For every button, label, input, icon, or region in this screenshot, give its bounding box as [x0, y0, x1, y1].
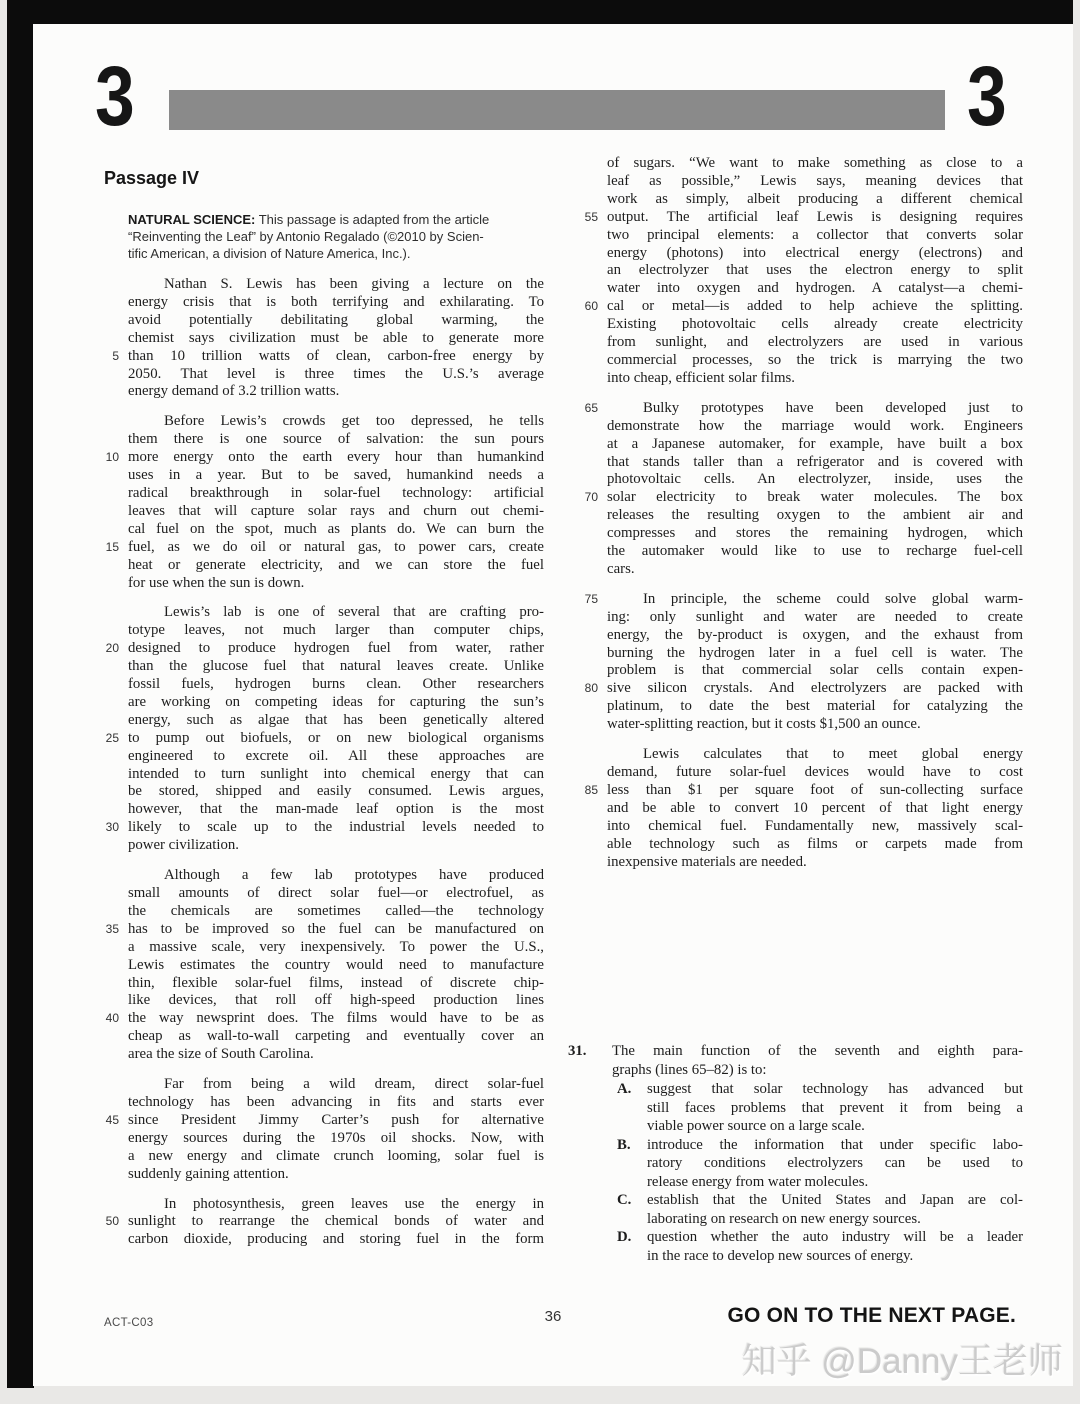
passage-line: 45since President Jimmy Carter’s push fo…	[89, 1112, 544, 1130]
option-line: viable power source on a large scale.	[647, 1117, 1023, 1136]
option-letter: C.	[617, 1192, 647, 1209]
passage-line: avoid potentially debilitating global wa…	[89, 312, 544, 330]
line-text: less than $1 per square foot of sun-coll…	[607, 782, 1023, 800]
line-text: compresses and stores the remaining hydr…	[607, 525, 1023, 543]
passage-line: cheap as wall-to-wall carpeting and even…	[89, 1028, 544, 1046]
question-stem-line: graphs (lines 65–82) is to:	[612, 1061, 1023, 1080]
passage-line: two principal elements: a collector that…	[568, 227, 1023, 245]
line-text: water-splitting reaction, but it costs $…	[607, 716, 1023, 734]
line-text: Lewis calculates that to meet global ene…	[607, 746, 1023, 764]
option-letter: D.	[617, 1229, 647, 1246]
option-line: still faces problems that prevent it fro…	[647, 1099, 1023, 1118]
passage-line: totype leaves, not much larger than comp…	[89, 622, 544, 640]
passage-line: cars.	[568, 561, 1023, 579]
line-text: demonstrate how the marriage would work.…	[607, 418, 1023, 436]
passage-line: 15fuel, as we do oil or natural gas, to …	[89, 539, 544, 557]
line-text: designed to produce hydrogen fuel from w…	[128, 640, 544, 658]
line-text: work as simply, albeit producing a diffe…	[607, 191, 1023, 209]
question-31: 31. The main function of the seventh and…	[568, 1042, 1023, 1265]
go-on-text: GO ON TO THE NEXT PAGE.	[727, 1304, 1016, 1328]
line-text: small amounts of direct solar fuel—or el…	[128, 885, 544, 903]
line-text: the way newsprint does. The films would …	[128, 1010, 544, 1028]
line-text: platinum, to date the best material for …	[607, 698, 1023, 716]
option-line: release energy from water molecules.	[647, 1173, 1023, 1192]
passage-line: technology has been advancing in fits an…	[89, 1094, 544, 1112]
question-stem: The main function of the seventh and eig…	[612, 1042, 1023, 1079]
passage-line: be stored, shipped and easily consumed. …	[89, 783, 544, 801]
passage-line: 5than 10 trillion watts of clean, carbon…	[89, 348, 544, 366]
line-text: Far from being a wild dream, direct sola…	[128, 1076, 544, 1094]
passage-line: 20designed to produce hydrogen fuel from…	[89, 640, 544, 658]
line-text: fuel, as we do oil or natural gas, to po…	[128, 539, 544, 557]
line-text: for use when the sun is down.	[128, 575, 544, 593]
line-text: and be able to convert 10 percent of tha…	[607, 800, 1023, 818]
passage-line: Existing photovoltaic cells already crea…	[568, 316, 1023, 334]
passage-line: Lewis estimates the country would need t…	[89, 957, 544, 975]
passage-line: energy (photons) into electrical energy …	[568, 245, 1023, 263]
line-text: cars.	[607, 561, 1023, 579]
passage-line: leaf as possible,” Lewis says, meaning d…	[568, 173, 1023, 191]
line-text: to pump out biofuels, or on new biologic…	[128, 730, 544, 748]
line-number: 5	[89, 349, 128, 363]
passage-line: energy, the by-product is oxygen, and th…	[568, 627, 1023, 645]
passage-line: releases the resulting oxygen to the amb…	[568, 507, 1023, 525]
line-text: demand, future solar-fuel devices would …	[607, 764, 1023, 782]
line-number: 85	[568, 783, 607, 797]
header-gray-bar	[169, 90, 945, 130]
line-text: an electrolyzer that uses the electron e…	[607, 262, 1023, 280]
line-text: solar electricity to break water molecul…	[607, 489, 1023, 507]
passage-column-right: of sugars. “We want to make something as…	[568, 155, 1023, 871]
passage-line: ing: only sunlight and water are needed …	[568, 609, 1023, 627]
passage-line: small amounts of direct solar fuel—or el…	[89, 885, 544, 903]
line-text: energy crisis that is both terrifying an…	[128, 294, 544, 312]
passage-line: into chemical fuel. Fundamentally new, m…	[568, 818, 1023, 836]
passage-line: Lewis calculates that to meet global ene…	[568, 746, 1023, 764]
option-text: introduce the information that under spe…	[647, 1136, 1023, 1192]
line-text: into chemical fuel. Fundamentally new, m…	[607, 818, 1023, 836]
option-letter: A.	[617, 1081, 647, 1098]
option-letter: B.	[617, 1137, 647, 1154]
line-text: Lewis estimates the country would need t…	[128, 957, 544, 975]
line-text: able technology such as films or carpets…	[607, 836, 1023, 854]
line-text: uses in a year. But to be saved, humanki…	[128, 467, 544, 485]
page-border-left	[7, 0, 34, 1388]
line-text: since President Jimmy Carter’s push for …	[128, 1112, 544, 1130]
passage-line: than the glucose fuel that natural leave…	[89, 658, 544, 676]
passage-line: thin, flexible solar-fuel films, instead…	[89, 975, 544, 993]
line-text: Although a few lab prototypes have produ…	[128, 867, 544, 885]
passage-line: at a Japanese automaker, for example, ha…	[568, 436, 1023, 454]
passage-line: water-splitting reaction, but it costs $…	[568, 716, 1023, 734]
line-number: 25	[89, 731, 128, 745]
line-text: has to be improved so the fuel can be ma…	[128, 921, 544, 939]
option-line: suggest that solar technology has advanc…	[647, 1080, 1023, 1099]
line-text: energy, the by-product is oxygen, and th…	[607, 627, 1023, 645]
line-text: ing: only sunlight and water are needed …	[607, 609, 1023, 627]
line-number: 20	[89, 641, 128, 655]
line-text: totype leaves, not much larger than comp…	[128, 622, 544, 640]
option-line: laborating on research on new energy sou…	[647, 1210, 1023, 1229]
answer-option: B.introduce the information that under s…	[617, 1136, 1023, 1192]
passage-line: In photosynthesis, green leaves use the …	[89, 1196, 544, 1214]
line-number: 35	[89, 922, 128, 936]
line-text: cheap as wall-to-wall carpeting and even…	[128, 1028, 544, 1046]
passage-line: burning the hydrogen later in a fuel cel…	[568, 645, 1023, 663]
line-text: energy sources during the 1970s oil shoc…	[128, 1130, 544, 1148]
passage-line: platinum, to date the best material for …	[568, 698, 1023, 716]
option-text: question whether the auto industry will …	[647, 1228, 1023, 1265]
line-text: leaf as possible,” Lewis says, meaning d…	[607, 173, 1023, 191]
line-text: 2050. That level is three times the U.S.…	[128, 366, 544, 384]
passage-heading: Passage IV	[104, 168, 199, 189]
line-text: the chemicals are sometimes called—the t…	[128, 903, 544, 921]
page-border-top	[7, 0, 1073, 25]
passage-line: 30likely to scale up to the industrial l…	[89, 819, 544, 837]
passage-line: energy demand of 3.2 trillion watts.	[89, 383, 544, 401]
line-text: In photosynthesis, green leaves use the …	[128, 1196, 544, 1214]
passage-line: 55output. The artificial leaf Lewis is d…	[568, 209, 1023, 227]
passage-line: 25to pump out biofuels, or on new biolog…	[89, 730, 544, 748]
line-text: commercial processes, so the trick is ma…	[607, 352, 1023, 370]
line-text: a massive scale, very inexpensively. To …	[128, 939, 544, 957]
passage-line: Nathan S. Lewis has been giving a lectur…	[89, 276, 544, 294]
passage-line: energy sources during the 1970s oil shoc…	[89, 1130, 544, 1148]
passage-line: Far from being a wild dream, direct sola…	[89, 1076, 544, 1094]
passage-line: able technology such as films or carpets…	[568, 836, 1023, 854]
option-line: ratory conditions electrolyzers can be u…	[647, 1154, 1023, 1173]
passage-line: like devices, that roll off high-speed p…	[89, 992, 544, 1010]
line-text: Existing photovoltaic cells already crea…	[607, 316, 1023, 334]
intro-line: “Reinventing the Leaf” by Antonio Regala…	[128, 228, 548, 245]
intro-line: NATURAL SCIENCE: This passage is adapted…	[128, 211, 548, 228]
option-line: introduce the information that under spe…	[647, 1136, 1023, 1155]
question-stem-row: 31. The main function of the seventh and…	[568, 1042, 1023, 1079]
line-text: like devices, that roll off high-speed p…	[128, 992, 544, 1010]
passage-line: for use when the sun is down.	[89, 575, 544, 593]
passage-line: the chemicals are sometimes called—the t…	[89, 903, 544, 921]
line-text: problem is that commercial solar cells c…	[607, 662, 1023, 680]
line-text: In principle, the scheme could solve glo…	[607, 591, 1023, 609]
passage-line: 40the way newsprint does. The films woul…	[89, 1010, 544, 1028]
passage-line: problem is that commercial solar cells c…	[568, 662, 1023, 680]
line-text: burning the hydrogen later in a fuel cel…	[607, 645, 1023, 663]
line-text: carbon dioxide, producing and storing fu…	[128, 1231, 544, 1249]
line-text: photovoltaic cells. An electrolyzer, ins…	[607, 471, 1023, 489]
line-text: likely to scale up to the industrial lev…	[128, 819, 544, 837]
line-text: technology has been advancing in fits an…	[128, 1094, 544, 1112]
passage-line: 2050. That level is three times the U.S.…	[89, 366, 544, 384]
line-number: 55	[568, 210, 607, 224]
passage-line: a massive scale, very inexpensively. To …	[89, 939, 544, 957]
line-text: at a Japanese automaker, for example, ha…	[607, 436, 1023, 454]
passage-line: Lewis’s lab is one of several that are c…	[89, 604, 544, 622]
option-line: in the race to develop new sources of en…	[647, 1247, 1023, 1266]
option-line: question whether the auto industry will …	[647, 1228, 1023, 1247]
line-text: Bulky prototypes have been developed jus…	[607, 400, 1023, 418]
passage-line: heat or generate electricity, and we can…	[89, 557, 544, 575]
passage-line: them there is one source of salvation: t…	[89, 431, 544, 449]
answer-option: C.establish that the United States and J…	[617, 1191, 1023, 1228]
passage-line: work as simply, albeit producing a diffe…	[568, 191, 1023, 209]
line-text: than 10 trillion watts of clean, carbon-…	[128, 348, 544, 366]
line-text: cal or metal—is added to help achieve th…	[607, 298, 1023, 316]
line-text: sive silicon crystals. And electrolyzers…	[607, 680, 1023, 698]
line-text: that stands taller than a refrigerator a…	[607, 454, 1023, 472]
passage-line: however, that the man-made leaf option i…	[89, 801, 544, 819]
line-text: energy demand of 3.2 trillion watts.	[128, 383, 544, 401]
line-text: energy, such as algae that has been gene…	[128, 712, 544, 730]
line-text: of sugars. “We want to make something as…	[607, 155, 1023, 173]
line-text: into cheap, efficient solar films.	[607, 370, 1023, 388]
passage-line: from sunlight, and electrolyzers are use…	[568, 334, 1023, 352]
passage-line: compresses and stores the remaining hydr…	[568, 525, 1023, 543]
line-text: are working on competing ideas for captu…	[128, 694, 544, 712]
line-number: 40	[89, 1011, 128, 1025]
line-text: Nathan S. Lewis has been giving a lectur…	[128, 276, 544, 294]
passage-line: inexpensive materials are needed.	[568, 854, 1023, 872]
line-text: fossil fuels, hydrogen burns clean. Othe…	[128, 676, 544, 694]
passage-line: Before Lewis’s crowds get too depressed,…	[89, 413, 544, 431]
line-text: releases the resulting oxygen to the amb…	[607, 507, 1023, 525]
line-text: Lewis’s lab is one of several that are c…	[128, 604, 544, 622]
line-number: 15	[89, 540, 128, 554]
line-text: them there is one source of salvation: t…	[128, 431, 544, 449]
answer-option: D.question whether the auto industry wil…	[617, 1228, 1023, 1265]
intro-text: This passage is adapted from the article	[255, 212, 489, 227]
passage-line: power civilization.	[89, 837, 544, 855]
passage-column-left: Nathan S. Lewis has been giving a lectur…	[89, 276, 544, 1249]
line-text: more energy onto the earth every hour th…	[128, 449, 544, 467]
line-text: from sunlight, and electrolyzers are use…	[607, 334, 1023, 352]
line-text: the automaker would like to use to recha…	[607, 543, 1023, 561]
test-page: 3 3 Passage IV NATURAL SCIENCE: This pas…	[33, 24, 1073, 1386]
passage-line: cal fuel on the spot, much as plants do.…	[89, 521, 544, 539]
passage-line: 70solar electricity to break water molec…	[568, 489, 1023, 507]
passage-line: demonstrate how the marriage would work.…	[568, 418, 1023, 436]
passage-line: the automaker would like to use to recha…	[568, 543, 1023, 561]
passage-line: demand, future solar-fuel devices would …	[568, 764, 1023, 782]
question-options: A.suggest that solar technology has adva…	[617, 1080, 1023, 1265]
question-number: 31.	[568, 1043, 612, 1060]
watermark: 知乎 @Danny王老师	[742, 1334, 1063, 1384]
line-text: heat or generate electricity, and we can…	[128, 557, 544, 575]
line-number: 70	[568, 490, 607, 504]
answer-option: A.suggest that solar technology has adva…	[617, 1080, 1023, 1136]
line-text: however, that the man-made leaf option i…	[128, 801, 544, 819]
line-number: 60	[568, 299, 607, 313]
passage-line: a new energy and climate crunch looming,…	[89, 1148, 544, 1166]
line-text: intended to turn sunlight into chemical …	[128, 766, 544, 784]
passage-line: commercial processes, so the trick is ma…	[568, 352, 1023, 370]
passage-line: radical breakthrough in solar-fuel techn…	[89, 485, 544, 503]
line-text: suddenly gaining attention.	[128, 1166, 544, 1184]
passage-line: an electrolyzer that uses the electron e…	[568, 262, 1023, 280]
line-text: thin, flexible solar-fuel films, instead…	[128, 975, 544, 993]
passage-line: carbon dioxide, producing and storing fu…	[89, 1231, 544, 1249]
line-number: 50	[89, 1214, 128, 1228]
line-text: energy (photons) into electrical energy …	[607, 245, 1023, 263]
passage-line: 85less than $1 per square foot of sun-co…	[568, 782, 1023, 800]
line-text: area the size of South Carolina.	[128, 1046, 544, 1064]
line-text: sunlight to rearrange the chemical bonds…	[128, 1213, 544, 1231]
option-text: suggest that solar technology has advanc…	[647, 1080, 1023, 1136]
passage-line: 10more energy onto the earth every hour …	[89, 449, 544, 467]
passage-line: uses in a year. But to be saved, humanki…	[89, 467, 544, 485]
passage-line: into cheap, efficient solar films.	[568, 370, 1023, 388]
passage-line: 80sive silicon crystals. And electrolyze…	[568, 680, 1023, 698]
option-text: establish that the United States and Jap…	[647, 1191, 1023, 1228]
passage-line: 65Bulky prototypes have been developed j…	[568, 400, 1023, 418]
passage-line: chemist says civilization must be able t…	[89, 330, 544, 348]
line-text: inexpensive materials are needed.	[607, 854, 1023, 872]
line-text: avoid potentially debilitating global wa…	[128, 312, 544, 330]
section-number-right: 3	[967, 54, 1007, 138]
passage-intro: NATURAL SCIENCE: This passage is adapted…	[128, 211, 548, 262]
line-text: power civilization.	[128, 837, 544, 855]
line-text: a new energy and climate crunch looming,…	[128, 1148, 544, 1166]
line-text: be stored, shipped and easily consumed. …	[128, 783, 544, 801]
passage-line: 50sunlight to rearrange the chemical bon…	[89, 1213, 544, 1231]
passage-line: photovoltaic cells. An electrolyzer, ins…	[568, 471, 1023, 489]
passage-line: Although a few lab prototypes have produ…	[89, 867, 544, 885]
line-number: 45	[89, 1113, 128, 1127]
line-number: 10	[89, 450, 128, 464]
line-number: 65	[568, 401, 607, 415]
line-number: 30	[89, 820, 128, 834]
passage-line: water into oxygen and hydrogen. A cataly…	[568, 280, 1023, 298]
passage-line: energy crisis that is both terrifying an…	[89, 294, 544, 312]
line-number: 75	[568, 592, 607, 606]
passage-line: suddenly gaining attention.	[89, 1166, 544, 1184]
line-text: chemist says civilization must be able t…	[128, 330, 544, 348]
passage-line: and be able to convert 10 percent of tha…	[568, 800, 1023, 818]
line-number: 80	[568, 681, 607, 695]
line-text: Before Lewis’s crowds get too depressed,…	[128, 413, 544, 431]
line-text: engineered to excrete oil. All these app…	[128, 748, 544, 766]
line-text: cal fuel on the spot, much as plants do.…	[128, 521, 544, 539]
passage-line: intended to turn sunlight into chemical …	[89, 766, 544, 784]
line-text: than the glucose fuel that natural leave…	[128, 658, 544, 676]
passage-line: energy, such as algae that has been gene…	[89, 712, 544, 730]
passage-line: 35has to be improved so the fuel can be …	[89, 921, 544, 939]
passage-line: area the size of South Carolina.	[89, 1046, 544, 1064]
passage-line: 60cal or metal—is added to help achieve …	[568, 298, 1023, 316]
option-line: establish that the United States and Jap…	[647, 1191, 1023, 1210]
passage-line: 75In principle, the scheme could solve g…	[568, 591, 1023, 609]
question-stem-line: The main function of the seventh and eig…	[612, 1042, 1023, 1061]
intro-label: NATURAL SCIENCE:	[128, 212, 255, 227]
passage-line: of sugars. “We want to make something as…	[568, 155, 1023, 173]
line-text: radical breakthrough in solar-fuel techn…	[128, 485, 544, 503]
line-text: output. The artificial leaf Lewis is des…	[607, 209, 1023, 227]
section-number-left: 3	[95, 54, 135, 138]
intro-line: tific American, a division of Nature Ame…	[128, 245, 548, 262]
passage-line: leaves that will capture solar rays and …	[89, 503, 544, 521]
line-text: water into oxygen and hydrogen. A cataly…	[607, 280, 1023, 298]
passage-line: engineered to excrete oil. All these app…	[89, 748, 544, 766]
passage-line: that stands taller than a refrigerator a…	[568, 454, 1023, 472]
line-text: two principal elements: a collector that…	[607, 227, 1023, 245]
passage-line: fossil fuels, hydrogen burns clean. Othe…	[89, 676, 544, 694]
passage-line: are working on competing ideas for captu…	[89, 694, 544, 712]
line-text: leaves that will capture solar rays and …	[128, 503, 544, 521]
